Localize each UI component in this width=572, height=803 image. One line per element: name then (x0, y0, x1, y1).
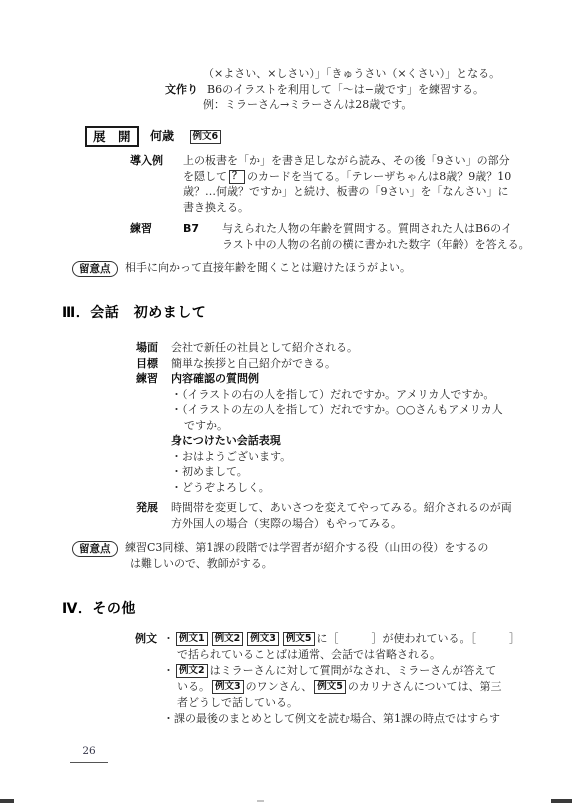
document-page: （×よさい、×しさい）」「きゅうさい（×くさい）」となる。 文作りB6のイラスト… (0, 0, 572, 803)
donyurei-line: 歳？…何歳？ですか」と続け、板書の「9さい」を「なんさい」に (183, 184, 511, 200)
hatten-label: 発展 (136, 500, 171, 516)
question-card-box: ？ (229, 170, 245, 184)
ryuiten-pill: 留意点 (72, 541, 118, 557)
expression-bullet: ・どうぞよろしく。 (171, 480, 512, 496)
donyurei-line: 書き換える。 (183, 200, 511, 216)
renshu-code: B7 (183, 221, 199, 237)
donyurei-line-post: のカードを当てる。「テレーザちゃんは8歳？9歳？10 (247, 170, 511, 183)
question-bullet: ・（イラストの右の人を指して）だれですか。アメリカ人ですか。 (171, 387, 512, 403)
section4-heading: Ⅳ．その他 (62, 602, 136, 618)
reibun-bullet: ・例文1例文2例文3例文5に［ ］が使われている。［ ］ (163, 631, 520, 647)
reibun3-tag: 例文3 (247, 632, 279, 646)
bunsakuri-label: 文作り (165, 83, 198, 96)
donyurei-label: 導入例 (130, 153, 163, 169)
kaiwa-hyogen-subhead: 身につけたい会話表現 (171, 433, 512, 449)
bamen-text: 会社で新任の社員として紹介される。 (171, 341, 358, 354)
hatten-text-cont: 方外国人の場合（実際の場合）もやってみる。 (171, 516, 512, 532)
expression-bullet: ・おはようございます。 (171, 449, 512, 465)
reibun5-tag: 例文5 (283, 632, 315, 646)
hatten-text: 時間帯を変更して、あいさつを変えてやってみる。紹介されるのが両 (171, 501, 512, 514)
reibun-bullet: ・課の最後のまとめとして例文を読む場合、第1課の時点ではすらす (163, 711, 520, 727)
section3-heading: Ⅲ．会話 初めまして (62, 306, 206, 322)
ryuiten-text-cont: は難しいので、教師がする。 (130, 556, 273, 572)
reibun-cont-text: のワンさん、 (246, 680, 313, 693)
page-number: 26 (70, 744, 108, 763)
renshu-label: 練習 (130, 221, 152, 237)
ryuiten-pill: 留意点 (72, 261, 118, 277)
reibun2-tag: 例文2 (176, 664, 208, 678)
scan-artifact (0, 799, 14, 803)
reibun1-tag: 例文1 (176, 632, 208, 646)
scan-artifact (257, 800, 264, 802)
reibun3-tag: 例文3 (212, 680, 244, 694)
bamen-label: 場面 (136, 340, 171, 356)
topic-label: 何歳 (150, 129, 174, 143)
bullet-dot: ・ (163, 632, 174, 645)
reibun5-tag: 例文5 (314, 680, 346, 694)
scan-artifact (551, 799, 572, 803)
bullet-dot: ・ (163, 664, 174, 677)
renshu3-label: 練習 (136, 371, 171, 387)
reibun-bullet-text: に［ ］が使われている。［ ］ (317, 632, 521, 645)
expression-bullet: ・初めまして。 (171, 464, 512, 480)
donyurei-line: 上の板書を「か」を書き足しながら読み、その後「9さい」の部分 (183, 153, 511, 169)
continuation-line: （×よさい、×しさい）」「きゅうさい（×くさい）」となる。 (203, 66, 500, 82)
tenkai-box: 展 開 (85, 126, 139, 147)
reibun-label: 例文 (135, 631, 157, 647)
reibun2-tag: 例文2 (212, 632, 244, 646)
question-bullet: ・（イラストの左の人を指して）だれですか。○○さんもアメリカ人 (171, 402, 512, 418)
renshu-text-line: ラスト中の人物の名前の横に書かれた数字（年齢）を答える。 (222, 237, 530, 253)
ryuiten-text: 練習C3同様、第1課の段階では学習者が紹介する役（山田の役）をするの (125, 541, 488, 554)
renshu3-text: 内容確認の質問例 (171, 372, 259, 385)
reibun-cont-text: のカリナさんについては、第三 (348, 680, 502, 693)
reibun-bullet-cont: 者どうしで話している。 (177, 695, 520, 711)
ryuiten-text: 相手に向かって直接年齢を聞くことは避けたほうがよい。 (125, 261, 411, 274)
mokuhyo-text: 簡単な挨拶と自己紹介ができる。 (171, 357, 336, 370)
reibun-bullet-text: はミラーさんに対して質問がなされ、ミラーさんが答えて (210, 664, 497, 677)
mokuhyo-label: 目標 (136, 356, 171, 372)
example-line: 例：ミラーさん→ミラーさんは28歳です。 (203, 97, 412, 113)
reibun6-tag: 例文6 (190, 130, 222, 144)
donyurei-line: を隠して？のカードを当てる。「テレーザちゃんは8歳？9歳？10 (183, 169, 511, 185)
reibun-cont-text: いる。 (177, 680, 210, 693)
donyurei-line-pre: を隠して (183, 170, 227, 183)
reibun-bullet-cont: いる。例文3のワンさん、例文5のカリナさんについては、第三 (177, 679, 520, 695)
question-bullet-cont: ですか。 (184, 418, 512, 434)
renshu-text-line: 与えられた人物の年齢を質問する。質問された人はB6のイ (222, 221, 530, 237)
reibun-bullet-cont: で括られていることばは通常、会話では省略される。 (177, 647, 520, 663)
reibun-bullet: ・例文2はミラーさんに対して質問がなされ、ミラーさんが答えて (163, 663, 520, 679)
bunsakuri-text: B6のイラストを利用して「〜は−歳です」を練習する。 (207, 83, 484, 96)
